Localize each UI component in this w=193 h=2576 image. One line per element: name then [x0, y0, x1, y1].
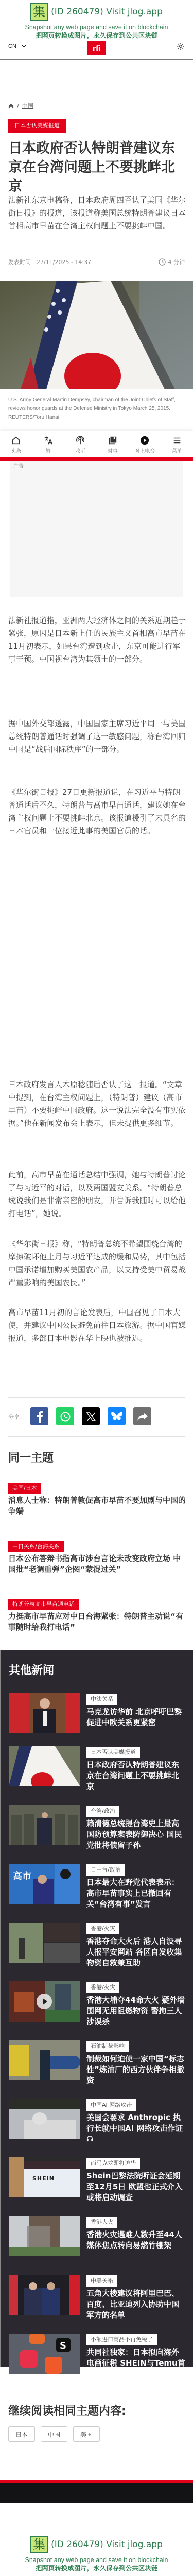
news-tag: 中国AI 网络攻击	[86, 2099, 136, 2111]
divider	[8, 1397, 185, 1398]
jlog-id-text[interactable]: (ID 260479) Visit jlog.app	[51, 2539, 163, 2550]
news-headline[interactable]: 五角大楼建议将阿里巴巴、百度、比亚迪列入协助中国军方的名单	[86, 2288, 186, 2321]
continue-reading-title: 继续阅读相同主题内容:	[8, 2402, 126, 2418]
news-card[interactable]: 香港大火 香港火灾遇难人数升至44人 媒体焦点转向易燃竹棚架	[9, 2216, 186, 2268]
news-card[interactable]: 中法关系 马克龙访华前 北京呼吁巴黎促进中欧关系更紧密	[9, 1693, 186, 1745]
related-tag: 美国/日本	[8, 1483, 41, 1494]
jlog-tagline-en: Snapshot any web page and save it on blo…	[0, 24, 193, 31]
news-headline[interactable]: Shein巴黎法院听证会延期至12月5日 欧盟也正式介入或将启动调查	[86, 2171, 186, 2203]
news-thumbnail[interactable]	[9, 1746, 80, 1786]
news-thumbnail[interactable]: S	[9, 2334, 80, 2374]
news-card[interactable]: 香港/火灾 香港夺命大火后 港人自设寻人报平安网站 各区自发收集物资自救兼互助	[9, 1923, 186, 1974]
nav-item-traditional[interactable]: 繁	[33, 436, 64, 454]
clock-icon	[159, 258, 166, 266]
topic-tag-usa[interactable]: 美国	[73, 2426, 100, 2442]
related-item[interactable]: 特朗普与高市早苗通电话 力挺高市早苗应对中日台海紧张：特朗普主动说“有事随时给我…	[8, 1598, 186, 1633]
news-card[interactable]: 日本否认美媒报道 日本政府否认特朗普建议东京在台湾问题上不要挑衅北京	[9, 1746, 186, 1798]
nav-item-current-affairs[interactable]: 时事	[97, 436, 128, 454]
divider	[8, 1436, 185, 1437]
svg-text:高市: 高市	[13, 1871, 31, 1882]
same-topic-title: 同一主题	[8, 1449, 54, 1465]
related-headline[interactable]: 日本公布答辩书指高市涉台言论未改变政府立场 中国批“老调重弹”企图“蒙混过关”	[8, 1553, 186, 1575]
news-tag: 香港大火	[86, 2217, 117, 2228]
facebook-icon	[34, 1410, 45, 1423]
news-tag: 日中台/政治	[86, 1864, 125, 1876]
language-label: CN	[8, 43, 16, 50]
news-thumbnail[interactable]	[9, 1693, 80, 1733]
divider	[8, 1527, 26, 1527]
news-headline[interactable]: 香港大埔夺44命大火 疑外墙围网无用阻燃物资 警拘三人涉误杀	[86, 1995, 186, 2027]
article-lead: 法新社东京电稿称，日本政府周四否认了美国《华尔街日报》的报道，该报道称美国总统特…	[8, 194, 186, 233]
breadcrumb-section-link[interactable]: 中国	[22, 102, 33, 110]
topic-tag-japan[interactable]: 日本	[8, 2426, 35, 2442]
news-tag: 石油制裁影响	[86, 2041, 129, 2052]
news-headline[interactable]: 日本政府否认特朗普建议东京在台湾问题上不要挑衅北京	[86, 1760, 186, 1792]
share-x-button[interactable]	[82, 1407, 100, 1425]
related-tag: 中日关系/台海关系	[8, 1541, 64, 1552]
related-headline[interactable]: 力挺高市早苗应对中日台海紧张：特朗普主动说“有事随时给我打电话”	[8, 1611, 186, 1633]
topic-tags: 日本 中国 美国	[8, 2426, 100, 2442]
svg-text:SHEIN: SHEIN	[32, 2175, 55, 2182]
news-tag: 台湾/政治	[86, 1806, 119, 1817]
news-headline[interactable]: 美国会要求 Anthropic 执行长就中国AI 网络攻击作证	[86, 2112, 186, 2145]
news-tag: 香港/火灾	[86, 1982, 119, 1993]
jlog-tagline-en: Snapshot any web page and save it on blo…	[0, 2556, 193, 2564]
bluesky-icon	[111, 1411, 123, 1422]
share-more-button[interactable]	[133, 1407, 151, 1425]
share-facebook-button[interactable]	[30, 1407, 48, 1425]
news-headline[interactable]: 香港夺命大火后 港人自设寻人报平安网站 各区自发收集物资自救兼互助	[86, 1936, 186, 1968]
news-thumbnail[interactable]	[9, 1805, 80, 1845]
news-card[interactable]: SHEIN 而马克龙即将访华 Shein巴黎法院听证会延期至12月5日 欧盟也正…	[9, 2157, 186, 2209]
divider	[8, 1643, 26, 1643]
gear-icon[interactable]	[177, 42, 185, 51]
news-headline[interactable]: 日本最大在野党代表表示：高市早苗事实上已撤回有关“台湾有事”发言	[86, 1877, 186, 1910]
nav-item-menu[interactable]: 菜单	[162, 436, 192, 454]
share-bluesky-button[interactable]	[108, 1407, 126, 1425]
podcast-icon	[76, 436, 85, 445]
related-headline[interactable]: 消息人士称：特朗普敦促高市早苗不要加剧与中国的争端	[8, 1495, 186, 1517]
nav-item-headlines[interactable]: 头条	[1, 436, 31, 454]
svg-text:S: S	[60, 2340, 66, 2351]
news-thumbnail[interactable]	[9, 2040, 80, 2080]
news-thumbnail[interactable]: 高市	[9, 1864, 80, 1904]
ad-slot[interactable]: 广告	[10, 461, 183, 597]
topic-tag-china[interactable]: 中国	[41, 2426, 67, 2442]
header-divider	[0, 67, 193, 67]
news-card[interactable]: 台湾/政治 赖清德总统提台湾史上最高国防预算案表防御决心 国民党批将债留子孙	[9, 1805, 186, 1857]
hero-image	[0, 281, 193, 389]
news-card[interactable]: 中国AI 网络攻击 美国会要求 Anthropic 执行长就中国AI 网络攻击作…	[9, 2099, 186, 2151]
news-headline[interactable]: 共同社独家：日本拟向海外电商征税 SHEIN与Temu首当其冲	[86, 2347, 186, 2380]
news-headline[interactable]: 马克龙访华前 北京呼吁巴黎促进中欧关系更紧密	[86, 1707, 186, 1728]
jlog-logo-icon: 集	[30, 2536, 48, 2553]
related-item[interactable]: 中日关系/台海关系 日本公布答辩书指高市涉台言论未改变政府立场 中国批“老调重弹…	[8, 1540, 186, 1575]
news-card[interactable]: 香港/火灾 香港大埔夺44命大火 疑外墙围网无用阻燃物资 警拘三人涉误杀	[9, 1981, 186, 2033]
other-news-title: 其他新闻	[9, 1662, 54, 1678]
news-card[interactable]: 中美关系 五角大楼建议将阿里巴巴、百度、比亚迪列入协助中国军方的名单	[9, 2275, 186, 2326]
jlog-banner-bottom: 集 (ID 260479) Visit jlog.app Snapshot an…	[0, 2536, 193, 2572]
jlog-id-text[interactable]: (ID 260479) Visit jlog.app	[51, 7, 163, 17]
share-whatsapp-button[interactable]	[56, 1407, 74, 1425]
site-header: CN rfi	[0, 41, 193, 59]
article-kicker[interactable]: 日本否认美媒报道	[8, 119, 66, 133]
ad-label: 广告	[10, 461, 183, 469]
news-thumbnail[interactable]	[9, 2275, 80, 2315]
nav-item-radio[interactable]: 网上电台	[129, 436, 160, 454]
language-selector[interactable]: CN	[8, 43, 26, 50]
news-tag: 小额进口商品不再免税了	[86, 2334, 157, 2345]
news-card[interactable]: 高市 日中台/政治 日本最大在野党代表表示：高市早苗事实上已撤回有关“台湾有事”…	[9, 1864, 186, 1915]
chevron-down-icon	[22, 45, 26, 48]
news-thumbnail[interactable]	[9, 1981, 80, 2022]
news-card[interactable]: 石油制裁影响 制裁如何迫使一家中国“标志性”炼油厂的西方伙伴争相撤资	[9, 2040, 186, 2092]
news-thumbnail[interactable]	[9, 2099, 80, 2139]
article-paragraph: 《华尔街日报》27日更新报道说，在习近平与特朗普通话后不久，特朗普与高市早苗通话…	[8, 786, 186, 838]
news-card[interactable]: S 小额进口商品不再免税了 共同社独家：日本拟向海外电商征税 SHEIN与Tem…	[9, 2334, 186, 2385]
rfi-logo[interactable]: rfi	[87, 41, 106, 55]
article-meta: 发表时间：27/11/2025 - 14:37 4 分钟	[8, 258, 185, 266]
news-headline[interactable]: 赖清德总统提台湾史上最高国防预算案表防御决心 国民党批将债留子孙	[86, 1818, 186, 1851]
headphones-icon	[86, 2135, 93, 2142]
article-paragraph: 此前，高市早苗在通话总结中强调，她与特朗普讨论了与习近平的对话，以及两国盟友关系…	[8, 1169, 186, 1220]
ad-placeholder-blank	[0, 866, 193, 1078]
news-tag: 中法关系	[86, 1694, 117, 1705]
image-caption: U.S. Army General Martin Dempsey, chairm…	[8, 396, 186, 422]
whatsapp-icon	[59, 1410, 72, 1423]
news-tag: 香港/火灾	[86, 1923, 119, 1934]
news-thumbnail[interactable]: SHEIN	[9, 2157, 80, 2197]
news-tag: 日本否认美媒报道	[86, 1747, 140, 1758]
article-paragraph: 法新社报道指，亚洲两大经济体之间的关系近期趋于紧张，原因是日本新上任的民族主义首…	[8, 614, 186, 666]
video-play-icon[interactable]	[37, 1994, 52, 2009]
jlog-banner-top: 集 (ID 260479) Visit jlog.app Snapshot an…	[0, 3, 193, 40]
news-headline[interactable]: 制裁如何迫使一家中国“标志性”炼油厂的西方伙伴争相撤资	[86, 2054, 186, 2086]
share-bar: 分享：	[8, 1407, 151, 1425]
jlog-tagline-cn: 把网页转换成图片，永久保存到公共区块链	[0, 31, 193, 40]
menu-icon	[172, 436, 182, 445]
article-paragraph: 据中国外交部透露，中国国家主席习近平周一与美国总统特朗普通话时强调了这一敏感问题…	[8, 717, 186, 756]
x-icon	[86, 1412, 96, 1422]
news-tag: 中美关系	[86, 2275, 117, 2287]
breadcrumb-separator: /	[17, 103, 19, 109]
bottom-nav: 头条 繁 收听 时事 网上电台 菜单	[0, 431, 193, 460]
header-divider	[0, 59, 193, 60]
read-time: 4 分钟	[159, 258, 185, 266]
article-paragraph: 高市早苗11月初的言论发表后，中国召见了日本大使，并建议中国公民避免前往日本旅游…	[8, 1306, 186, 1345]
news-headline[interactable]: 香港火灾遇难人数升至44人 媒体焦点转向易燃竹棚架	[86, 2229, 186, 2251]
footer	[0, 2483, 193, 2503]
other-news-section: 其他新闻 中法关系 马克龙访华前 北京呼吁巴黎促进中欧关系更紧密 日本否认美媒报…	[0, 1650, 193, 2367]
jlog-tagline-cn: 把网页转换成图片，永久保存到公共区块链	[0, 2564, 193, 2572]
home-icon[interactable]	[8, 103, 14, 109]
breadcrumb: / 中国	[8, 102, 33, 110]
related-item[interactable]: 美国/日本 消息人士称：特朗普敦促高市早苗不要加剧与中国的争端	[8, 1482, 186, 1517]
article-paragraph: 《华尔街日报》称，“特朗普总统不希望围绕台湾的摩擦破坏他上月与习近平达成的缓和局…	[8, 1238, 186, 1289]
divider	[8, 1585, 26, 1585]
page-title: 日本政府否认特朗普建议东京在台湾问题上不要挑衅北京	[8, 139, 186, 196]
nav-item-listen[interactable]: 收听	[65, 436, 96, 454]
share-label: 分享：	[8, 1413, 25, 1421]
translate-icon	[44, 436, 53, 445]
news-tag: 而马克龙即将访华	[86, 2158, 140, 2169]
current-affairs-icon	[108, 436, 117, 445]
news-thumbnail[interactable]	[9, 1923, 80, 1963]
home-icon	[11, 436, 21, 445]
publish-date: 发表时间：27/11/2025 - 14:37	[8, 258, 91, 266]
related-tag: 特朗普与高市早苗通电话	[8, 1599, 79, 1610]
article-paragraph: 日本政府发言人木原稔随后否认了这一报道。“文章中提到，在台湾主权问题上，（特朗普…	[8, 1078, 186, 1130]
share-icon	[137, 1412, 148, 1421]
news-thumbnail[interactable]	[9, 2216, 80, 2256]
play-circle-icon	[140, 436, 149, 445]
jlog-logo-icon: 集	[30, 3, 48, 21]
